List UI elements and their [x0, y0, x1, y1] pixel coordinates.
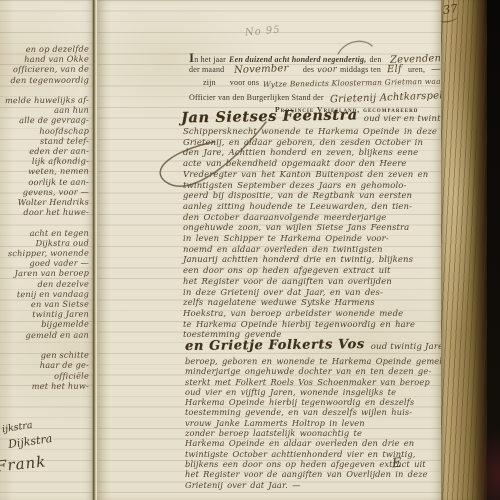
body-line: Grietenij over dat Jaar. — — [185, 480, 443, 490]
body-line: acte van bekendheid opgemaakt door den H… — [183, 159, 445, 170]
signature: Frank — [0, 452, 47, 475]
fragment-line: haar de ge- — [0, 360, 89, 371]
body-line: Januarij achttien honderd drie en twinti… — [183, 255, 445, 266]
body-line: beroep, geboren en wonende te Harkema Op… — [185, 356, 443, 366]
left-page-fragment-lines: en op dezelfdehand van Okkeofficieren, v… — [0, 44, 93, 391]
bride-name: en Grietje Folkerts Vos — [185, 337, 365, 354]
body-line: te Harkema Opeinde hierbij tegenwoordig … — [183, 320, 445, 331]
body-line: Vrederegter van het Kanton Buitenpost de… — [183, 170, 445, 181]
body-line: Harkema Opeinde hierbij tegenwoordig en … — [185, 397, 443, 407]
fragment-line: den dezelve — [0, 278, 89, 289]
fragment-line: oorlijk te aan- — [0, 176, 89, 187]
form-line-month-hour: der maand November des voor middags ten … — [189, 64, 441, 75]
printed-label: Een duizend acht honderd negendertig, — [229, 55, 366, 64]
fragment-line: alle de gevraag- — [0, 115, 89, 126]
act-number: No 95 — [245, 24, 282, 38]
body-paragraph-groom: Schippersknecht wonende te Harkema Opein… — [183, 127, 445, 341]
body-line: zonder beroep laatstelijk woonachtig te — [185, 428, 443, 438]
body-line: Schippersknecht wonende te Harkema Opein… — [183, 127, 445, 138]
body-paragraph-bride: beroep, geboren en wonende te Harkema Op… — [185, 356, 443, 490]
body-line: Harkema Opeinde en aldaar overleden den … — [185, 438, 443, 448]
body-line: den Jare, Achttien honderd en zeven, bli… — [183, 148, 445, 159]
printed-label: zijn — [203, 78, 216, 87]
printed-label: den — [369, 55, 381, 64]
body-line: geerd bij dispositie, van de Regtbank va… — [183, 191, 445, 202]
bride-name-line: en Grietje Folkerts Vos oud twintig Jare… — [185, 338, 483, 353]
printed-label: des — [303, 65, 314, 74]
body-line: noemd en aldaar overleden den twintigste… — [183, 245, 445, 256]
body-line: een door ons op heden afgegeven extract … — [183, 266, 445, 277]
handwritten-month: November — [234, 63, 289, 76]
handwritten-hour: Elf — [387, 64, 402, 76]
fragment-line: den tegenwoordig — [0, 74, 89, 85]
fragment-line: weten, nemen — [0, 166, 89, 177]
body-line: Hoekstra, van beroep arbeidster wonende … — [183, 309, 445, 320]
body-line: den October daaraanvolgende meerderjarig… — [183, 213, 445, 224]
form-line-municipality: Officier van den Burgerlijken Stand der … — [189, 92, 463, 103]
groom-name: Jan Sietses Feenstra — [181, 106, 358, 126]
signature: Dijkstra — [7, 432, 53, 451]
fragment-line: Jaren van beroep — [0, 268, 89, 279]
body-line: zelfs nagelatene weduwe Sytske Harmens — [183, 298, 445, 309]
body-line: in leven Schipper te Harkema Opeinde voo… — [183, 234, 445, 245]
body-line: oud vier en vijftig Jaren, wonende insge… — [185, 387, 443, 397]
body-line: twintigste October achttienhonderd vier … — [185, 449, 443, 459]
fragment-line: hoofdschap — [0, 125, 89, 136]
printed-label: middags ten — [340, 65, 381, 74]
signature: ijkstra — [1, 420, 33, 436]
fragment-line: gemeld en aan — [0, 329, 89, 340]
printed-label: der maand — [189, 65, 224, 74]
form-line-officer: zijn voor ons Wytze Benedicts Kloosterma… — [203, 78, 476, 87]
body-line: minderjarige ongehuwde dochter van en te… — [185, 366, 443, 376]
fragment-line — [0, 217, 89, 228]
archival-scan: en op dezelfdehand van Okkeofficieren, v… — [0, 0, 500, 500]
quire-mark: E — [391, 456, 402, 472]
handwritten-dash: — — [431, 64, 442, 75]
background-tint — [470, 415, 500, 500]
body-line: aanleg zitting houdende te Leeuwarden, d… — [183, 202, 445, 213]
register-page: No 95 In het jaar Een duizend acht honde… — [97, 0, 441, 500]
body-line: sterkt met Folkert Roels Vos Schoenmaker… — [185, 377, 443, 387]
body-line: ongehuwde zoon, van wijlen Sietse Jans F… — [183, 223, 445, 234]
printed-label: uren, — [408, 65, 425, 74]
fragment-line: bijgemelde — [0, 319, 89, 330]
fragment-line: met het huw- — [0, 380, 89, 391]
body-line: het Register voor de aangiften van Overl… — [185, 469, 443, 479]
fragment-line: officieren, van de — [0, 64, 89, 75]
fragment-line: officiële — [0, 370, 89, 381]
handwritten-daypart: voor — [317, 65, 337, 76]
body-line: het Register voor de aangiften van overl… — [183, 277, 445, 288]
body-line: twintigsten September dezes Jaars en geh… — [183, 181, 445, 192]
printed-label: Officier van den Burgerlijken Stand der — [189, 93, 324, 102]
body-line: in deze Grietenij over dat Jaar, en van … — [183, 288, 445, 299]
body-line: vrouw Janke Lammerts Holtrop in leven — [185, 418, 443, 428]
fragment-line: acht en tegen — [0, 227, 89, 238]
body-line: blijkens een door ons op heden afgegeven… — [185, 459, 443, 469]
body-line: toestemming gevende, en van deszelfs wij… — [185, 407, 443, 417]
body-line: Grietenij, en aldaar geboren, den zesden… — [183, 138, 445, 149]
printed-label: voor ons — [230, 78, 259, 87]
left-page-edge: en op dezelfdehand van Okkeofficieren, v… — [0, 0, 93, 500]
